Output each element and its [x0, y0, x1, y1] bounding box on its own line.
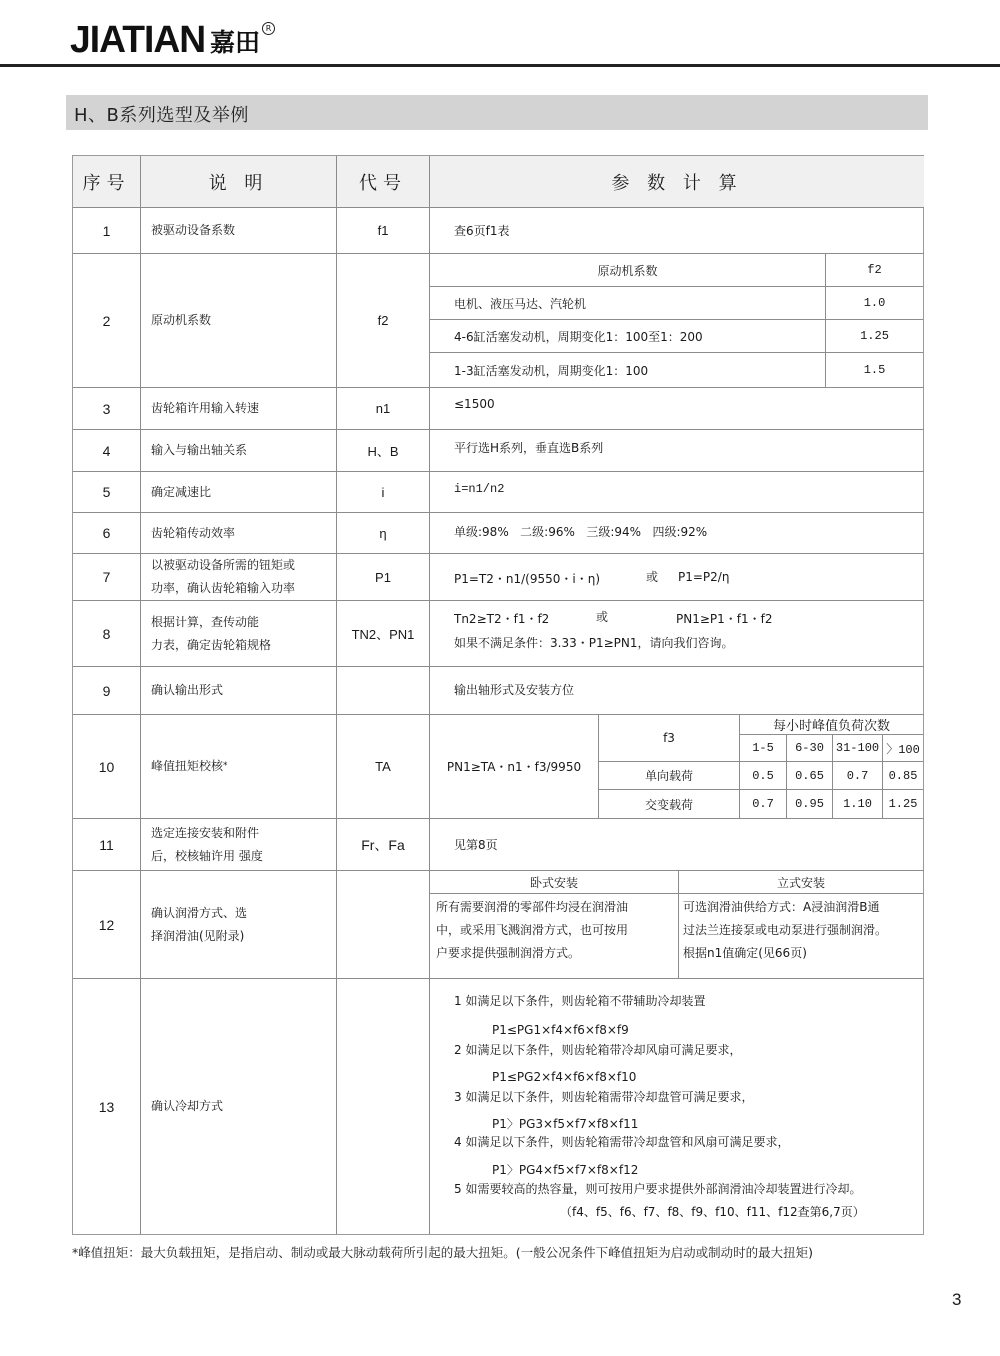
row-12-desc: 确认润滑方式、选 择润滑油(见附录)	[141, 871, 337, 979]
row-13-no: 13	[73, 979, 141, 1234]
row-11-no: 11	[73, 819, 141, 871]
row-4-param: 平行选H系列，垂直选B系列	[430, 430, 924, 472]
prime-mover-type: 电机、液压马达、汽轮机	[430, 287, 826, 320]
row-3-desc: 齿轮箱许用输入转速	[141, 388, 337, 430]
row-6-param: 单级:98% 二级:96% 三级:94% 四级:92%	[430, 513, 924, 554]
cooling-step-1: 1 如满足以下条件，则齿轮箱不带辅助冷却装置	[454, 992, 705, 1009]
brand-logo: JIATIAN 嘉田 R	[70, 20, 275, 60]
row-8-param: Tn2≥T2・f1・f2 或 PN1≥P1・f1・f2 如果不满足条件：3.33…	[430, 601, 924, 667]
f3-value: 0.7	[740, 790, 787, 818]
row-10-no: 10	[73, 715, 141, 819]
brand-name-cn: 嘉田	[210, 20, 260, 63]
cooling-formula-3: P1〉PG3×f5×f7×f8×f11	[492, 1115, 638, 1132]
row-8-or: 或	[596, 608, 608, 625]
prime-mover-f2: 1.0	[826, 287, 923, 320]
row-1-no: 1	[73, 208, 141, 254]
cooling-step-4: 4 如满足以下条件，则齿轮箱需带冷却盘管和风扇可满足要求，	[454, 1133, 789, 1150]
row-4-no: 4	[73, 430, 141, 472]
row-11-desc: 选定连接安装和附件 后，校核轴许用 强度	[141, 819, 337, 871]
f3-value: 0.95	[787, 790, 833, 818]
section-title: H、B系列选型及举例	[74, 101, 249, 127]
vertical-mount-title: 立式安装	[679, 871, 923, 894]
load-type-unidirectional: 单向载荷	[599, 762, 740, 790]
cooling-step-3: 3 如满足以下条件，则齿轮箱需带冷却盘管可满足要求，	[454, 1088, 753, 1105]
row-2-desc: 原动机系数	[141, 254, 337, 388]
row-3-code: n1	[337, 388, 430, 430]
row-9-no: 9	[73, 667, 141, 715]
row-10-desc: 峰值扭矩校核*	[141, 715, 337, 819]
cooling-formula-1: P1≤PG1×f4×f6×f8×f9	[492, 1023, 629, 1037]
footnote-marker: *	[223, 755, 228, 778]
cooling-formula-2: P1≤PG2×f4×f6×f8×f10	[492, 1070, 636, 1084]
horizontal-mount-line: 所有需要润滑的零部件均浸在润滑油	[436, 896, 628, 919]
f3-value: 0.7	[833, 762, 883, 790]
cooling-step-5: 5 如需要较高的热容量，则可按用户要求提供外部润滑油冷却装置进行冷却。	[454, 1180, 861, 1197]
row-13-desc: 确认冷却方式	[141, 979, 337, 1234]
row-8-formula-a: Tn2≥T2・f1・f2	[454, 610, 549, 627]
prime-mover-type: 1-3缸活塞发动机，周期变化1：100	[430, 353, 826, 387]
row-11-desc-line: 选定连接安装和附件	[151, 822, 259, 845]
row-2-param: 原动机系数 f2 电机、液压马达、汽轮机 1.0 4-6缸活塞发动机，周期变化1…	[430, 254, 924, 388]
cooling-reference: （f4、f5、f6、f7、f8、f9、f10、f11、f12查第6,7页）	[560, 1203, 865, 1220]
selection-table: 序号 说 明 代号 参 数 计 算 1 被驱动设备系数 f1 查6页f1表 2 …	[72, 155, 924, 1235]
registered-trademark-icon: R	[262, 22, 275, 35]
row-10-desc-text: 峰值扭矩校核	[151, 755, 223, 778]
frequency-column: 1-5	[740, 735, 787, 762]
prime-mover-type: 4-6缸活塞发动机，周期变化1：100至1：200	[430, 320, 826, 353]
f3-value: 1.25	[883, 790, 923, 818]
brand-name-en: JIATIAN	[70, 20, 205, 60]
row-12-code	[337, 871, 430, 979]
row-5-code: i	[337, 472, 430, 513]
row-9-param: 输出轴形式及安装方位	[430, 667, 924, 715]
row-1-code: f1	[337, 208, 430, 254]
row-5-desc: 确定减速比	[141, 472, 337, 513]
cooling-conditions: 1 如满足以下条件，则齿轮箱不带辅助冷却装置 P1≤PG1×f4×f6×f8×f…	[430, 979, 924, 1234]
header-cell-no: 序号	[73, 156, 141, 208]
f3-value: 0.85	[883, 762, 923, 790]
row-2-code: f2	[337, 254, 430, 388]
f3-value: 0.5	[740, 762, 787, 790]
peak-torque-formula: PN1≥TA・n1・f3/9950	[430, 715, 599, 818]
row-1-param: 查6页f1表	[430, 208, 924, 254]
row-1-desc: 被驱动设备系数	[141, 208, 337, 254]
row-7-or: 或	[646, 568, 658, 585]
vertical-mount-line: 根据n1值确定(见66页)	[683, 942, 807, 965]
row-4-code: H、B	[337, 430, 430, 472]
row-8-desc: 根据计算，查传动能 力表，确定齿轮箱规格	[141, 601, 337, 667]
row-8-desc-line: 力表，确定齿轮箱规格	[151, 634, 271, 657]
row-3-param: ≤1500	[430, 388, 924, 430]
row-4-desc: 输入与输出轴关系	[141, 430, 337, 472]
horizontal-mount-title: 卧式安装	[430, 871, 679, 894]
prime-mover-header: 原动机系数	[430, 254, 826, 287]
horizontal-mount-line: 中，或采用飞溅润滑方式，也可按用	[436, 919, 628, 942]
frequency-column: 〉100	[883, 735, 923, 762]
row-6-no: 6	[73, 513, 141, 554]
vertical-mount-line: 可选润滑油供给方式：A浸油润滑B通	[683, 896, 879, 919]
row-11-param: 见第8页	[430, 819, 924, 871]
row-10-param: PN1≥TA・n1・f3/9950 f3 每小时峰值负荷次数 1-5 6-30 …	[430, 715, 924, 819]
vertical-mount-text: 可选润滑油供给方式：A浸油润滑B通 过法兰连接泵或电动泵进行强制润滑。 根据n1…	[679, 894, 923, 978]
row-7-formula-a: P1=T2・n1/(9550・i・η)	[454, 570, 600, 587]
load-type-alternating: 交变载荷	[599, 790, 740, 818]
frequency-column: 6-30	[787, 735, 833, 762]
footnote: *峰值扭矩：最大负载扭矩，是指启动、制动或最大脉动载荷所引起的最大扭矩。(一般公…	[72, 1243, 813, 1261]
row-8-desc-line: 根据计算，查传动能	[151, 611, 259, 634]
horizontal-mount-text: 所有需要润滑的零部件均浸在润滑油 中，或采用飞溅润滑方式，也可按用 户要求提供强…	[430, 894, 679, 978]
row-7-param: P1=T2・n1/(9550・i・η) 或 P1=P2/η	[430, 554, 924, 601]
header-divider	[0, 64, 1000, 67]
row-3-no: 3	[73, 388, 141, 430]
row-8-condition: 如果不满足条件：3.33・P1≥PN1，请向我们咨询。	[454, 634, 734, 651]
row-6-desc: 齿轮箱传动效率	[141, 513, 337, 554]
row-5-no: 5	[73, 472, 141, 513]
horizontal-mount-line: 户要求提供强制润滑方式。	[436, 942, 580, 965]
f3-value: 1.10	[833, 790, 883, 818]
row-7-formula-b: P1=P2/η	[678, 570, 729, 584]
row-6-code: η	[337, 513, 430, 554]
row-13-code	[337, 979, 430, 1234]
row-7-no: 7	[73, 554, 141, 601]
row-8-no: 8	[73, 601, 141, 667]
header-cell-desc: 说 明	[141, 156, 337, 208]
row-12-desc-line: 择润滑油(见附录)	[151, 925, 244, 948]
cooling-step-2: 2 如满足以下条件，则齿轮箱带冷却风扇可满足要求，	[454, 1041, 741, 1058]
section-header: H、B系列选型及举例	[66, 95, 928, 130]
row-7-desc-line: 以被驱动设备所需的钮矩或	[151, 554, 295, 577]
page-number: 3	[952, 1290, 961, 1310]
f3-label: f3	[599, 715, 740, 762]
row-11-desc-line: 后，校核轴许用 强度	[151, 845, 263, 868]
f3-value: 0.65	[787, 762, 833, 790]
frequency-column: 31-100	[833, 735, 883, 762]
row-9-desc: 确认输出形式	[141, 667, 337, 715]
row-12-no: 12	[73, 871, 141, 979]
cooling-formula-4: P1〉PG4×f5×f7×f8×f12	[492, 1161, 638, 1178]
prime-mover-f2: 1.25	[826, 320, 923, 353]
peak-load-frequency-header: 每小时峰值负荷次数	[740, 715, 923, 735]
row-9-code	[337, 667, 430, 715]
row-7-desc-line: 功率，确认齿轮箱输入功率	[151, 577, 295, 600]
row-11-code: Fr、Fa	[337, 819, 430, 871]
row-5-param: i=n1/n2	[430, 472, 924, 513]
row-12-desc-line: 确认润滑方式、选	[151, 902, 247, 925]
row-12-param: 卧式安装 立式安装 所有需要润滑的零部件均浸在润滑油 中，或采用飞溅润滑方式，也…	[430, 871, 924, 979]
prime-mover-f2-header: f2	[826, 254, 923, 287]
row-10-code: TA	[337, 715, 430, 819]
row-7-desc: 以被驱动设备所需的钮矩或 功率，确认齿轮箱输入功率	[141, 554, 337, 601]
header-cell-param: 参 数 计 算	[430, 156, 924, 208]
vertical-mount-line: 过法兰连接泵或电动泵进行强制润滑。	[683, 919, 887, 942]
row-2-no: 2	[73, 254, 141, 388]
row-13-param: 1 如满足以下条件，则齿轮箱不带辅助冷却装置 P1≤PG1×f4×f6×f8×f…	[430, 979, 924, 1234]
row-7-code: P1	[337, 554, 430, 601]
row-8-formula-b: PN1≥P1・f1・f2	[676, 610, 773, 627]
prime-mover-f2: 1.5	[826, 353, 923, 387]
row-8-code: TN2、PN1	[337, 601, 430, 667]
header-cell-code: 代号	[337, 156, 430, 208]
